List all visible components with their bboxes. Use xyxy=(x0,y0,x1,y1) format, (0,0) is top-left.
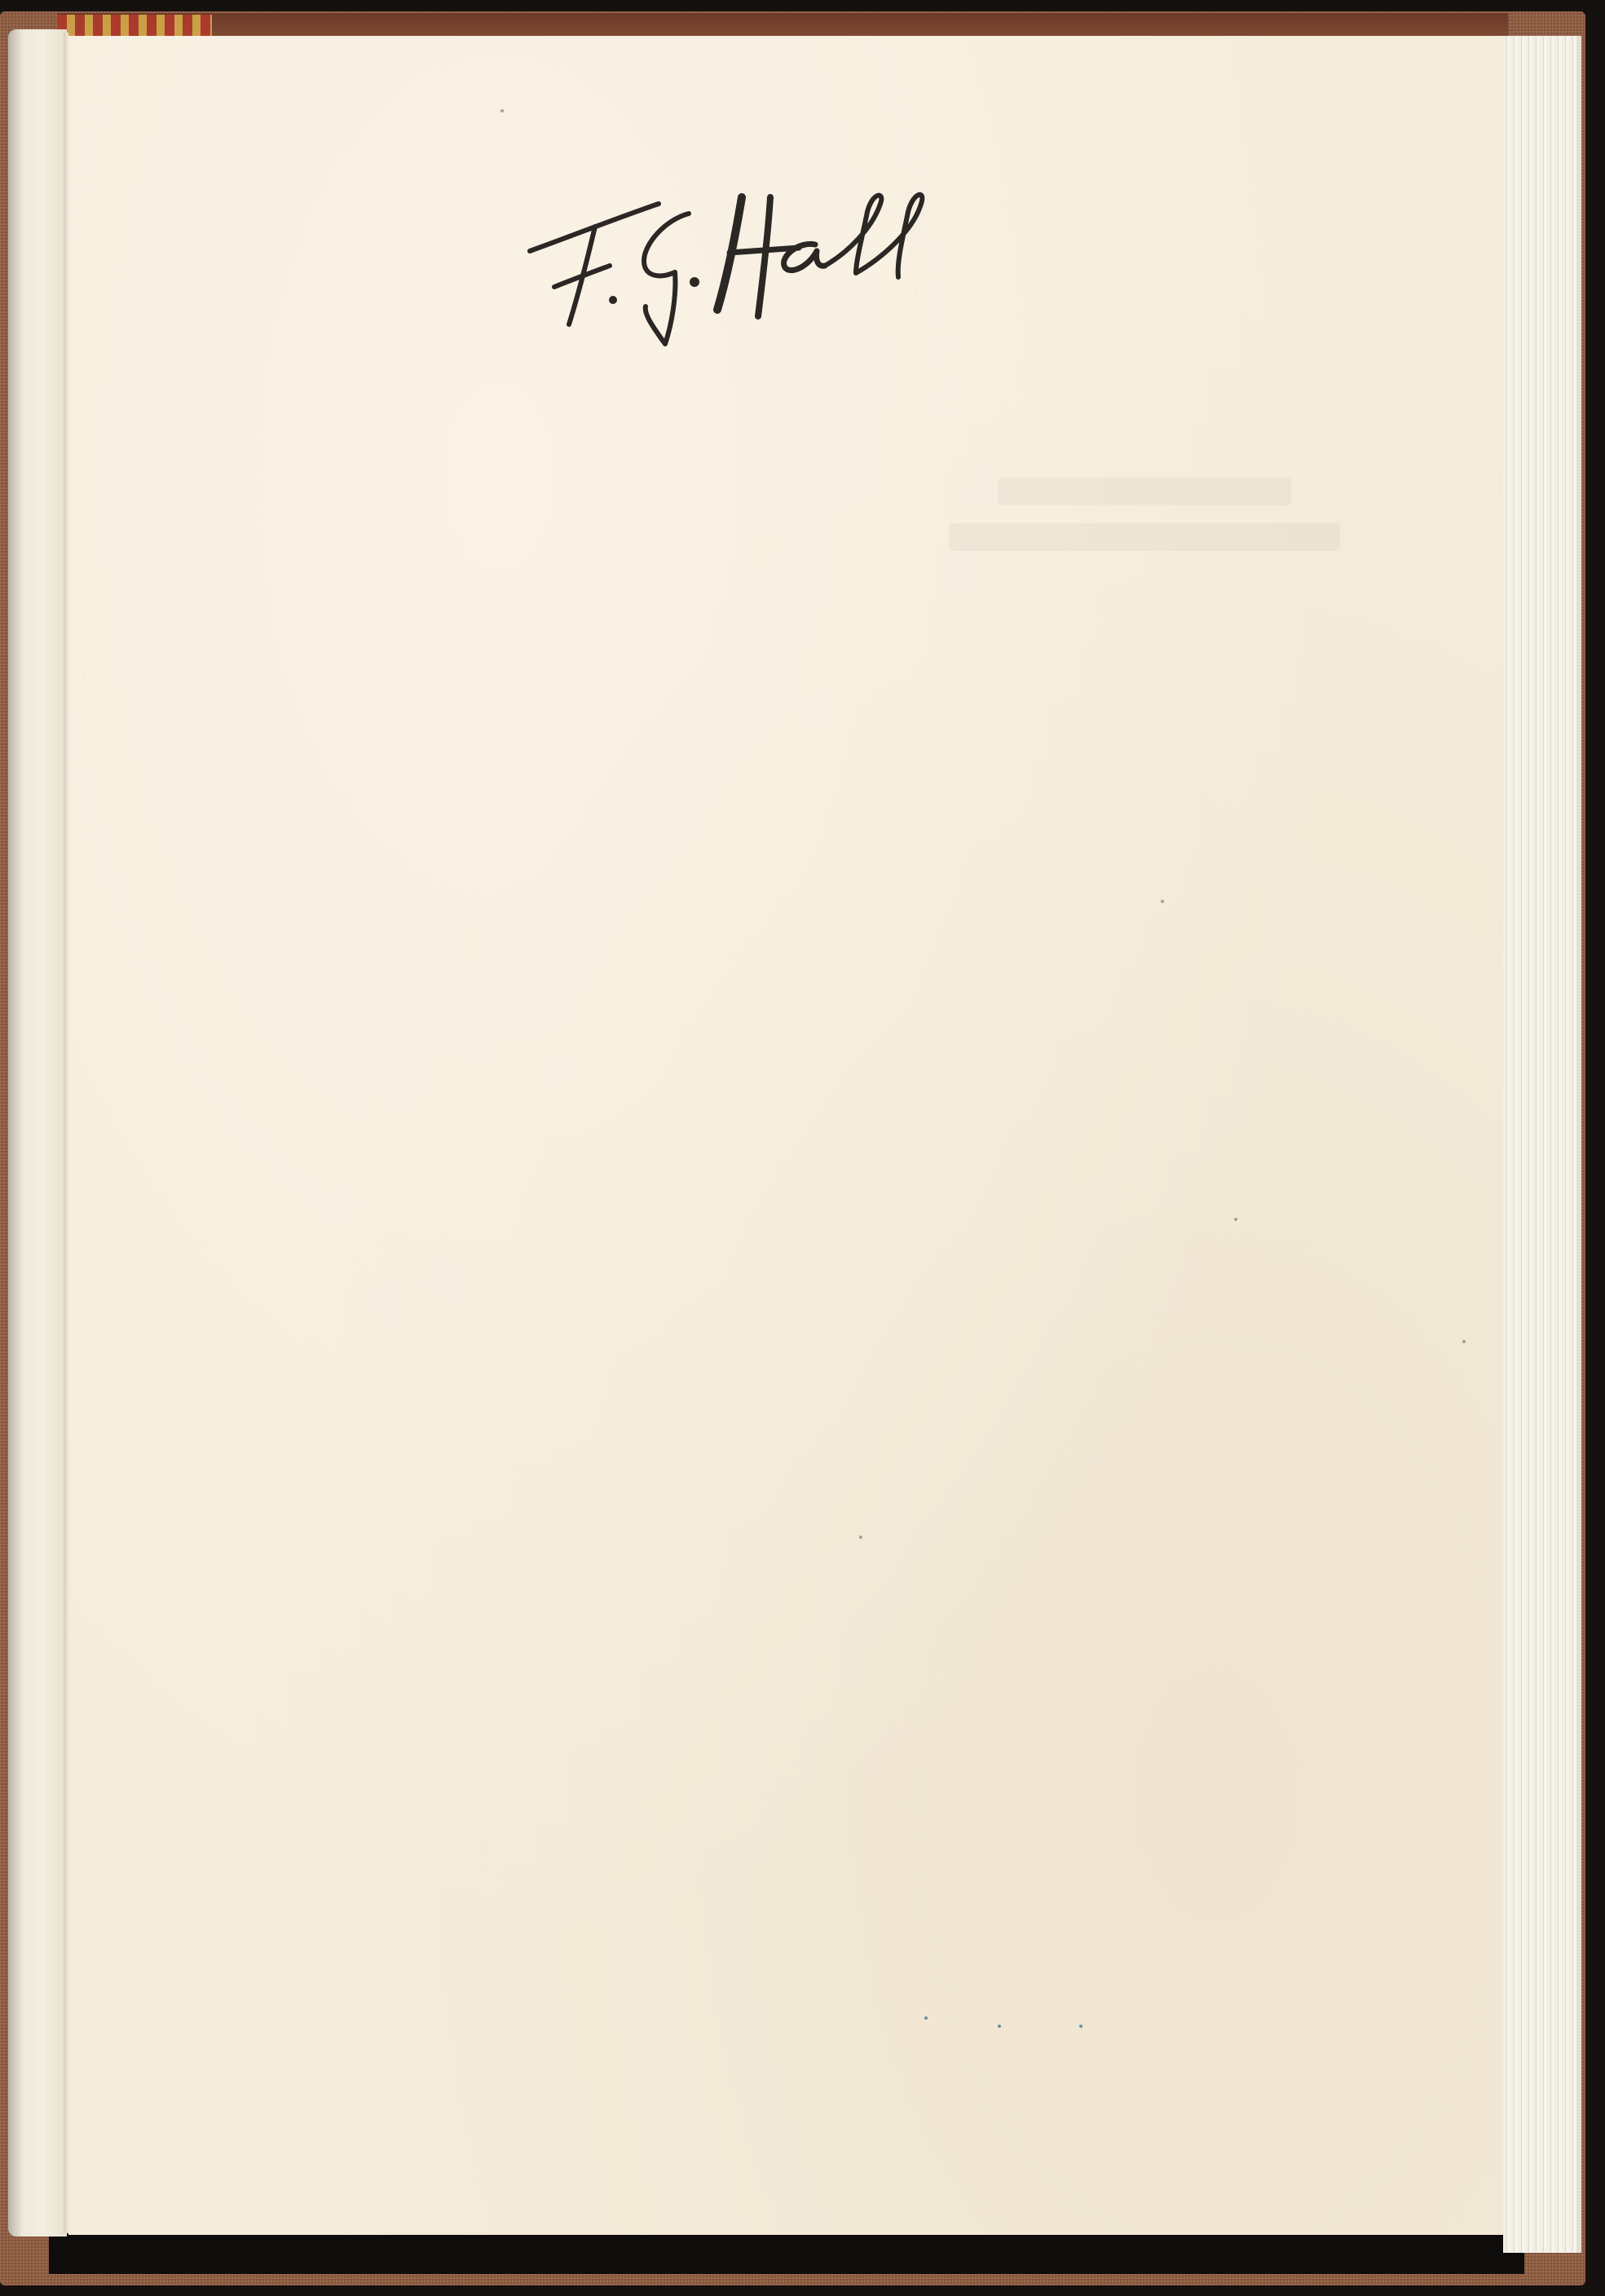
top-cover-edge xyxy=(57,13,1508,37)
handwritten-signature: F. G. Hall xyxy=(522,163,1109,350)
bottom-shadow xyxy=(49,2233,1524,2274)
bleed-through-text xyxy=(900,460,1389,623)
page-edges xyxy=(1503,36,1581,2253)
flyleaf-page xyxy=(68,36,1503,2235)
headband xyxy=(57,15,212,36)
spine-hinge xyxy=(8,29,67,2237)
signature-ink xyxy=(522,163,1109,350)
